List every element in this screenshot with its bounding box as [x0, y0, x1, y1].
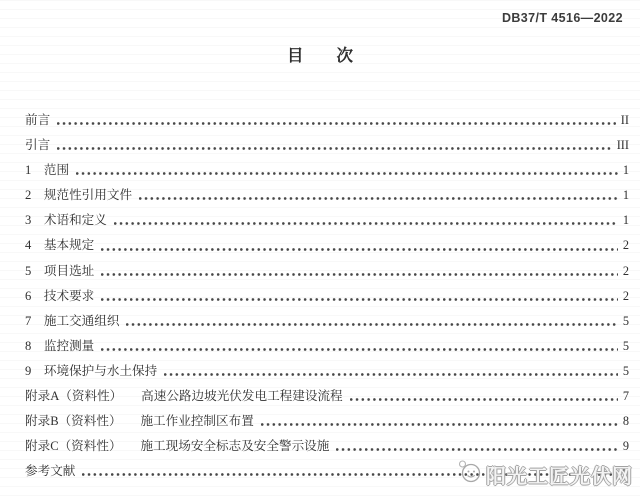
toc-entry-label: 3 术语和定义	[25, 208, 107, 233]
toc-row: 2 规范性引用文件 1	[25, 183, 629, 208]
toc-entry-label: 附录B（资料性） 施工作业控制区布置	[25, 409, 254, 434]
toc-row: 8 监控测量 5	[25, 334, 629, 359]
toc-entry-label: 7 施工交通组织	[25, 309, 119, 334]
toc-list: 前言 II 引言 III 1 范围 1 2 规范性引用文件 1 3 术语和定义 …	[25, 108, 629, 484]
dot-leader	[57, 147, 612, 150]
toc-row: 6 技术要求 2	[25, 284, 629, 309]
dot-leader	[101, 348, 618, 351]
dot-leader	[101, 273, 618, 276]
toc-entry-label: 引言	[25, 133, 50, 158]
toc-entry-page: 2	[623, 259, 629, 284]
toc-entry-label: 4 基本规定	[25, 233, 94, 258]
toc-entry-label: 前言	[25, 108, 50, 133]
toc-row: 附录A（资料性） 高速公路边坡光伏发电工程建设流程 7	[25, 384, 629, 409]
toc-entry-page: 1	[623, 158, 629, 183]
toc-row: 1 范围 1	[25, 158, 629, 183]
toc-entry-page: 2	[623, 233, 629, 258]
dot-leader	[76, 172, 618, 175]
toc-entry-page: 1	[623, 183, 629, 208]
toc-entry-page: III	[617, 133, 629, 158]
toc-row: 前言 II	[25, 108, 629, 133]
toc-row: 附录C（资料性） 施工现场安全标志及安全警示设施 9	[25, 434, 629, 459]
dot-leader	[336, 448, 617, 451]
dot-leader	[164, 373, 618, 376]
dot-leader	[114, 222, 618, 225]
page-title: 目 次	[0, 42, 640, 66]
toc-entry-page: 7	[623, 384, 629, 409]
toc-entry-label: 6 技术要求	[25, 284, 94, 309]
toc-entry-page: 5	[623, 309, 629, 334]
toc-entry-label: 参考文献	[25, 459, 75, 484]
toc-entry-label: 2 规范性引用文件	[25, 183, 132, 208]
dot-leader	[101, 298, 618, 301]
dot-leader	[261, 423, 618, 426]
toc-row: 附录B（资料性） 施工作业控制区布置 8	[25, 409, 629, 434]
toc-entry-page: 1	[623, 208, 629, 233]
dot-leader	[139, 197, 618, 200]
toc-row: 参考文献 10	[25, 459, 629, 484]
toc-entry-page: 5	[623, 359, 629, 384]
toc-row: 9 环境保护与水土保持 5	[25, 359, 629, 384]
toc-entry-label: 附录C（资料性） 施工现场安全标志及安全警示设施	[25, 434, 329, 459]
toc-entry-page: 5	[623, 334, 629, 359]
toc-row: 5 项目选址 2	[25, 259, 629, 284]
toc-entry-label: 附录A（资料性） 高速公路边坡光伏发电工程建设流程	[25, 384, 343, 409]
dot-leader	[101, 248, 618, 251]
toc-row: 4 基本规定 2	[25, 233, 629, 258]
toc-entry-label: 9 环境保护与水土保持	[25, 359, 157, 384]
document-page: DB37/T 4516—2022 目 次 前言 II 引言 III 1 范围 1…	[0, 0, 640, 502]
toc-entry-label: 8 监控测量	[25, 334, 94, 359]
toc-entry-page: 10	[617, 459, 629, 484]
dot-leader	[126, 323, 617, 326]
toc-entry-page: 2	[623, 284, 629, 309]
toc-row: 3 术语和定义 1	[25, 208, 629, 233]
toc-entry-page: II	[621, 108, 629, 133]
toc-entry-label: 5 项目选址	[25, 259, 94, 284]
toc-row: 7 施工交通组织 5	[25, 309, 629, 334]
dot-leader	[350, 398, 618, 401]
dot-leader	[57, 122, 616, 125]
toc-entry-page: 8	[623, 409, 629, 434]
toc-row: 引言 III	[25, 133, 629, 158]
toc-entry-page: 9	[623, 434, 629, 459]
standard-number: DB37/T 4516—2022	[502, 11, 623, 25]
toc-entry-label: 1 范围	[25, 158, 69, 183]
dot-leader	[82, 473, 611, 476]
